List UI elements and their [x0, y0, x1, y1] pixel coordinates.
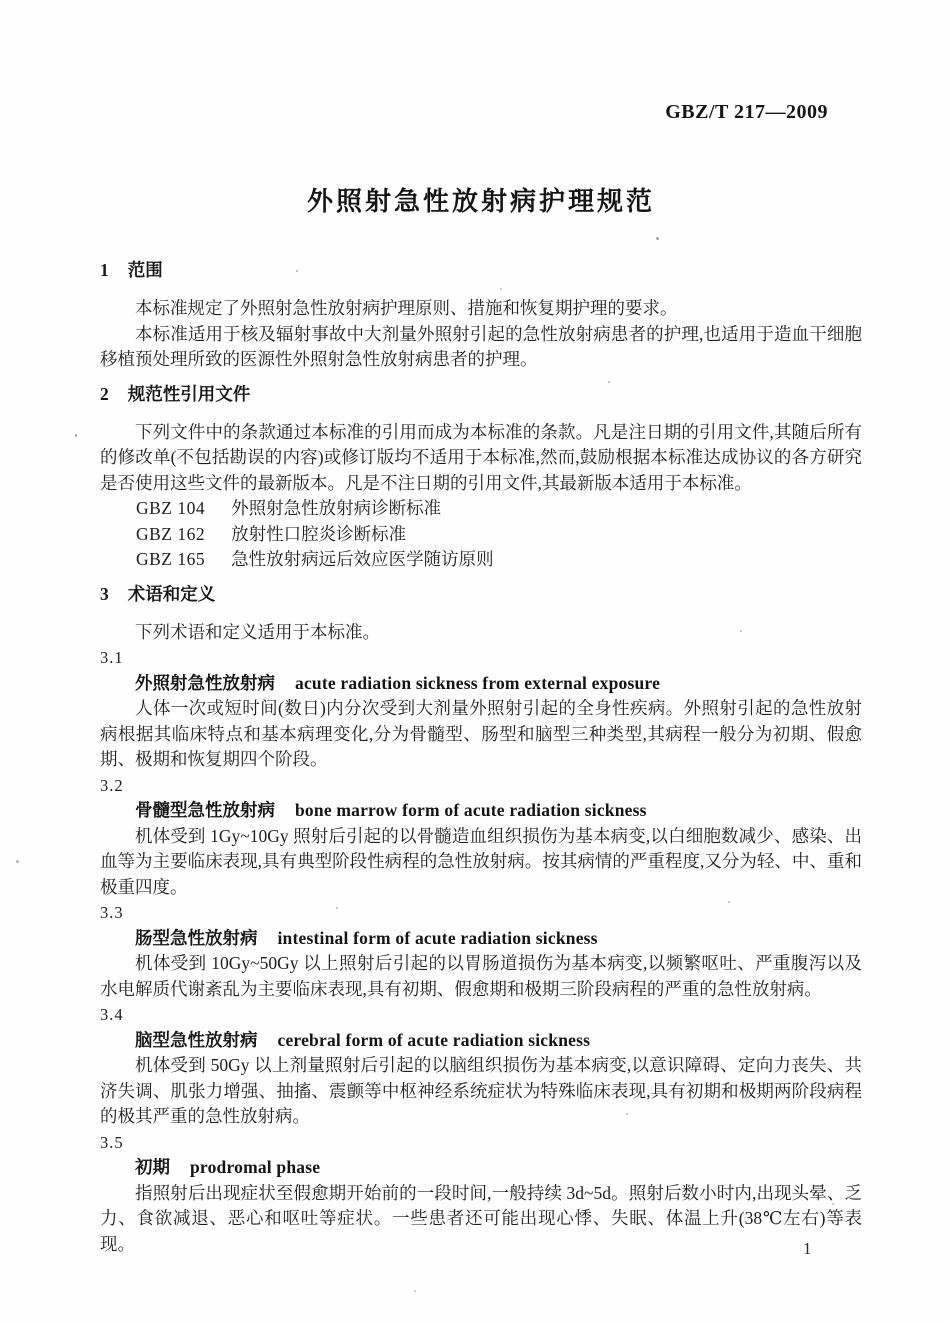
term-name-en: cerebral form of acute radiation sicknes… [278, 1030, 591, 1050]
term-number: 3.5 [100, 1130, 862, 1156]
reference-item: GBZ 162放射性口腔炎诊断标准 [100, 522, 862, 548]
reference-code: GBZ 162 [136, 522, 205, 548]
term-name-en: bone marrow form of acute radiation sick… [295, 800, 647, 820]
term-number: 3.4 [100, 1002, 862, 1028]
term-name-en: acute radiation sickness from external e… [295, 673, 660, 693]
section-normative-references: 2规范性引用文件 下列文件中的条款通过本标准的引用而成为本标准的条款。凡是注日期… [100, 382, 862, 573]
paragraph: 本标准规定了外照射急性放射病护理原则、措施和恢复期护理的要求。 [100, 296, 862, 322]
section-title: 规范性引用文件 [128, 384, 251, 404]
reference-title: 急性放射病远后效应医学随访原则 [231, 549, 494, 569]
term-name-zh: 肠型急性放射病 [135, 928, 258, 948]
page-title: 外照射急性放射病护理规范 [100, 181, 862, 218]
term-block: 3.5 初期prodromal phase 指照射后出现症状至假愈期开始前的一段… [100, 1130, 862, 1258]
reference-title: 放射性口腔炎诊断标准 [231, 524, 406, 544]
term-number: 3.3 [100, 900, 862, 926]
paragraph: 下列术语和定义适用于本标准。 [100, 620, 862, 646]
section-number: 1 [100, 258, 109, 283]
scan-speck [500, 288, 502, 290]
scan-speck [858, 455, 861, 457]
section-title: 范围 [128, 260, 163, 280]
term-block: 3.4 脑型急性放射病cerebral form of acute radiat… [100, 1002, 862, 1130]
section-number: 2 [100, 382, 109, 407]
scan-speck [75, 434, 77, 437]
reference-item: GBZ 104外照射急性放射病诊断标准 [100, 496, 862, 522]
document-page: GBZ/T 217—2009 外照射急性放射病护理规范 1范围 本标准规定了外照… [0, 0, 950, 1322]
term-block: 3.3 肠型急性放射病intestinal form of acute radi… [100, 900, 862, 1002]
term-name-zh: 脑型急性放射病 [135, 1030, 258, 1050]
scan-speck [336, 907, 338, 909]
reference-item: GBZ 165急性放射病远后效应医学随访原则 [100, 547, 862, 573]
term-name: 外照射急性放射病acute radiation sickness from ex… [100, 671, 862, 697]
term-definition: 机体受到 10Gy~50Gy 以上照射后引起的以胃肠道损伤为基本病变,以频繁呕吐… [100, 951, 862, 1002]
section-heading: 3术语和定义 [100, 582, 862, 607]
term-name-zh: 外照射急性放射病 [135, 673, 275, 693]
paragraph: 本标准适用于核及辐射事故中大剂量外照射引起的急性放射病患者的护理,也适用于造血干… [100, 322, 862, 373]
term-block: 3.1 外照射急性放射病acute radiation sickness fro… [100, 645, 862, 773]
reference-code: GBZ 165 [136, 547, 205, 573]
section-scope: 1范围 本标准规定了外照射急性放射病护理原则、措施和恢复期护理的要求。 本标准适… [100, 258, 862, 373]
scan-speck [16, 860, 19, 863]
term-name: 骨髓型急性放射病bone marrow form of acute radiat… [100, 798, 862, 824]
term-definition: 指照射后出现症状至假愈期开始前的一段时间,一般持续 3d~5d。照射后数小时内,… [100, 1181, 862, 1258]
term-name: 肠型急性放射病intestinal form of acute radiatio… [100, 926, 862, 952]
term-name-en: intestinal form of acute radiation sickn… [278, 928, 598, 948]
term-name-zh: 初期 [135, 1157, 170, 1177]
scan-speck [608, 381, 610, 383]
section-number: 3 [100, 582, 109, 607]
term-name-en: prodromal phase [190, 1157, 320, 1177]
document-content: 外照射急性放射病护理规范 1范围 本标准规定了外照射急性放射病护理原则、措施和恢… [100, 0, 862, 1257]
scan-speck [656, 237, 659, 240]
scan-speck [728, 901, 730, 903]
section-heading: 1范围 [100, 258, 862, 283]
reference-code: GBZ 104 [136, 496, 205, 522]
section-heading: 2规范性引用文件 [100, 382, 862, 407]
term-definition: 机体受到 50Gy 以上剂量照射后引起的以脑组织损伤为基本病变,以意识障碍、定向… [100, 1053, 862, 1130]
term-name: 脑型急性放射病cerebral form of acute radiation … [100, 1028, 862, 1054]
term-name: 初期prodromal phase [100, 1155, 862, 1181]
scan-speck [626, 1113, 628, 1115]
scan-speck [414, 1290, 416, 1292]
page-number: 1 [803, 1239, 812, 1259]
scan-speck [740, 630, 742, 632]
scan-speck [832, 1203, 834, 1205]
term-definition: 机体受到 1Gy~10Gy 照射后引起的以骨髓造血组织损伤为基本病变,以白细胞数… [100, 824, 862, 901]
term-block: 3.2 骨髓型急性放射病bone marrow form of acute ra… [100, 773, 862, 901]
term-number: 3.1 [100, 645, 862, 671]
section-terms-definitions: 3术语和定义 下列术语和定义适用于本标准。 3.1 外照射急性放射病acute … [100, 582, 862, 1258]
section-title: 术语和定义 [128, 584, 216, 604]
term-definition: 人体一次或短时间(数日)内分次受到大剂量外照射引起的全身性疾病。外照射引起的急性… [100, 696, 862, 773]
paragraph: 下列文件中的条款通过本标准的引用而成为本标准的条款。凡是注日期的引用文件,其随后… [100, 420, 862, 497]
term-name-zh: 骨髓型急性放射病 [135, 800, 275, 820]
term-number: 3.2 [100, 773, 862, 799]
reference-title: 外照射急性放射病诊断标准 [231, 498, 441, 518]
scan-speck [296, 270, 298, 272]
